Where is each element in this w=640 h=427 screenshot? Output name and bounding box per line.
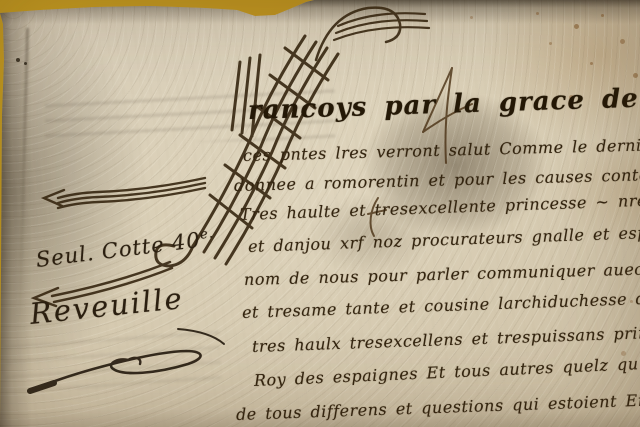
wormhole-spot — [16, 58, 20, 62]
cote-superscript: e. — [199, 226, 215, 243]
freckle-stains — [0, 0, 3, 3]
manuscript-photo: rancoys par la grace de dieu ces pntes l… — [0, 0, 640, 427]
wormhole-spot — [24, 62, 27, 65]
